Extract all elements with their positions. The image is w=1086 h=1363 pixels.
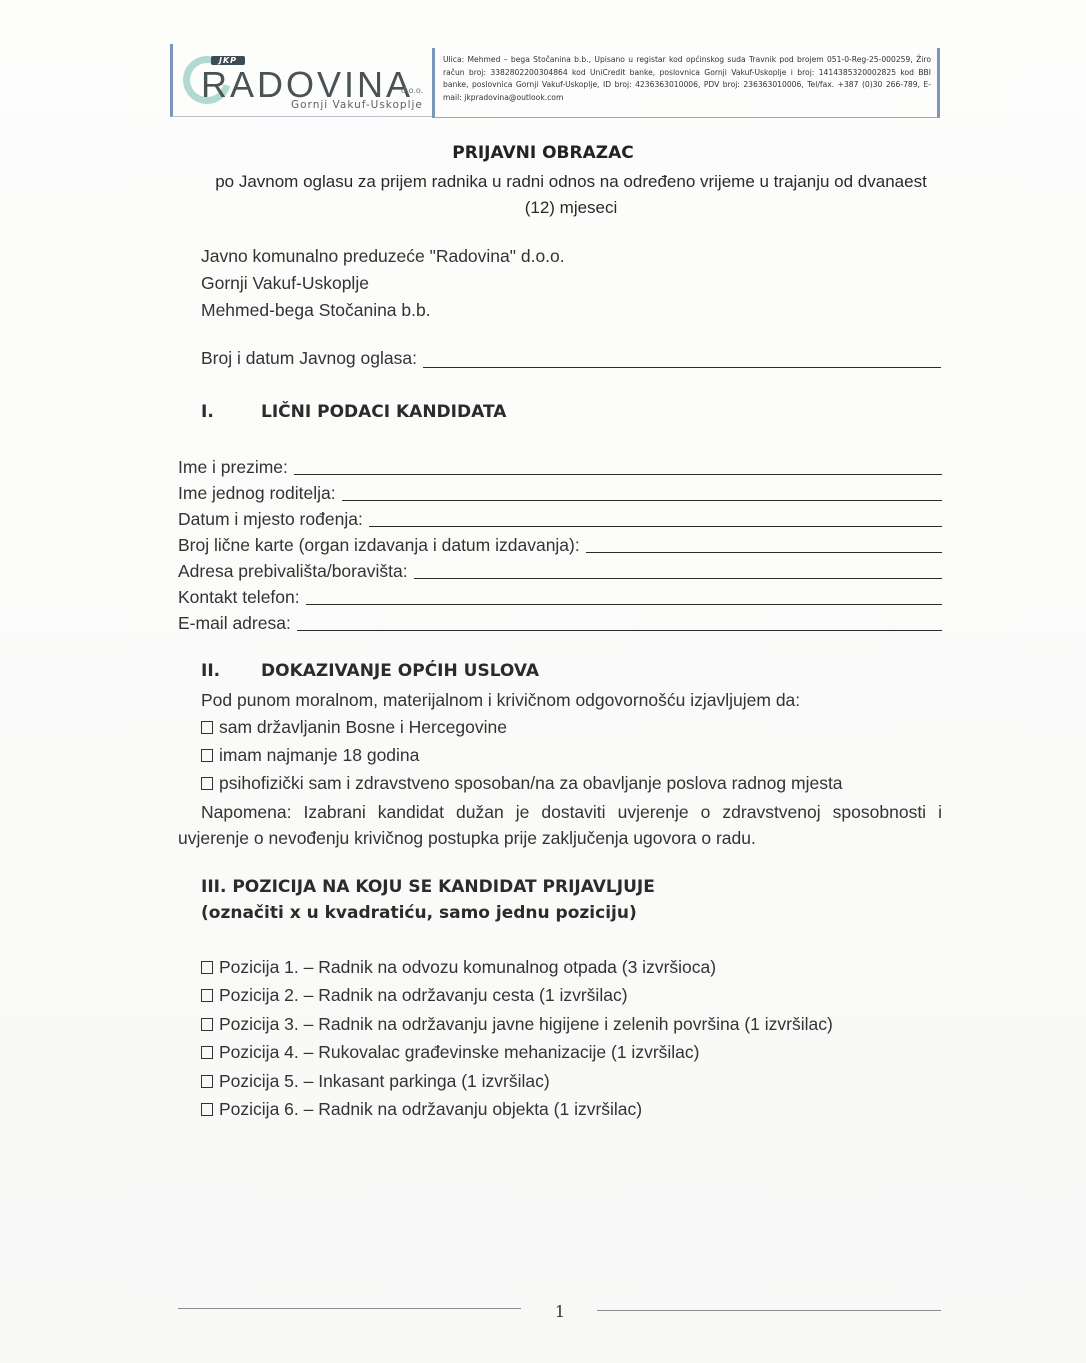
position-list: Pozicija 1. – Radnik na odvozu komunalno… bbox=[201, 953, 833, 1124]
field-label: Datum i mjesto rođenja: bbox=[178, 509, 363, 530]
address-input[interactable] bbox=[414, 578, 942, 579]
position-label: Pozicija 6. – Radnik na održavanju objek… bbox=[219, 1099, 642, 1120]
checkbox-position-1[interactable] bbox=[201, 961, 213, 974]
phone-input[interactable] bbox=[306, 604, 942, 605]
full-name-input[interactable] bbox=[294, 474, 942, 475]
address-line: Gornji Vakuf-Uskoplje bbox=[201, 270, 565, 297]
checkbox-label: psihofizički sam i zdravstveno sposoban/… bbox=[219, 769, 843, 797]
email-input[interactable] bbox=[297, 630, 942, 631]
section-2-title: DOKAZIVANJE OPĆIH USLOVA bbox=[261, 661, 539, 681]
field-email: E-mail adresa: bbox=[178, 608, 942, 634]
company-info-text: Ulica: Mehmed – bega Stočanina b.b., Upi… bbox=[443, 54, 931, 104]
form-title: PRIJAVNI OBRAZAC bbox=[0, 143, 1086, 163]
id-card-input[interactable] bbox=[586, 552, 942, 553]
field-parent-name: Ime jednog roditelja: bbox=[178, 478, 942, 504]
checkbox-position-3[interactable] bbox=[201, 1018, 213, 1031]
checkbox-citizenship[interactable] bbox=[201, 721, 213, 734]
personal-data-fields: Ime i prezime: Ime jednog roditelja: Dat… bbox=[178, 452, 942, 634]
position-label: Pozicija 2. – Radnik na održavanju cesta… bbox=[219, 985, 628, 1006]
field-birth-date-place: Datum i mjesto rođenja: bbox=[178, 504, 942, 530]
field-label: E-mail adresa: bbox=[178, 613, 291, 634]
recipient-address: Javno komunalno preduzeće "Radovina" d.o… bbox=[201, 243, 565, 324]
logo-city: Gornji Vakuf-Uskoplje bbox=[291, 99, 423, 111]
birth-date-place-input[interactable] bbox=[369, 526, 942, 527]
position-item: Pozicija 1. – Radnik na odvozu komunalno… bbox=[201, 953, 833, 982]
note-text: Napomena: Izabrani kandidat dužan je dos… bbox=[178, 799, 942, 851]
position-label: Pozicija 1. – Radnik na odvozu komunalno… bbox=[219, 957, 716, 978]
company-info-box: Ulica: Mehmed – bega Stočanina b.b., Upi… bbox=[432, 48, 940, 118]
position-item: Pozicija 2. – Radnik na održavanju cesta… bbox=[201, 982, 833, 1011]
section-1-title: LIČNI PODACI KANDIDATA bbox=[261, 402, 506, 422]
page-number: 1 bbox=[540, 1302, 580, 1321]
section-2-number: II. bbox=[201, 661, 261, 681]
field-label: Ime i prezime: bbox=[178, 457, 288, 478]
field-label: Ime jednog roditelja: bbox=[178, 483, 336, 504]
ad-number-field: Broj i datum Javnog oglasa: bbox=[201, 347, 941, 369]
position-item: Pozicija 4. – Rukovalac građevinske meha… bbox=[201, 1039, 833, 1068]
section-1-number: I. bbox=[201, 402, 261, 422]
checkbox-label: imam najmanje 18 godina bbox=[219, 741, 419, 769]
address-line: Javno komunalno preduzeće "Radovina" d.o… bbox=[201, 243, 565, 270]
footer-rule-right bbox=[597, 1310, 941, 1311]
field-id-card: Broj lične karte (organ izdavanja i datu… bbox=[178, 530, 942, 556]
document-page: JKP RADOVINA d.o.o. Gornji Vakuf-Uskoplj… bbox=[0, 0, 1086, 1363]
checkbox-position-2[interactable] bbox=[201, 989, 213, 1002]
checkbox-age[interactable] bbox=[201, 749, 213, 762]
section-1-heading: I.LIČNI PODACI KANDIDATA bbox=[201, 402, 506, 422]
position-item: Pozicija 3. – Radnik na održavanju javne… bbox=[201, 1010, 833, 1039]
declaration-intro: Pod punom moralnom, materijalnom i krivi… bbox=[178, 687, 942, 713]
parent-name-input[interactable] bbox=[342, 500, 942, 501]
logo-suffix: d.o.o. bbox=[401, 86, 423, 95]
ad-number-input[interactable] bbox=[423, 347, 941, 368]
section-3-instruction: (označiti x u kvadratiću, samo jednu poz… bbox=[201, 903, 637, 923]
checkbox-label: sam državljanin Bosne i Hercegovine bbox=[219, 713, 507, 741]
position-item: Pozicija 6. – Radnik na održavanju objek… bbox=[201, 1096, 833, 1125]
position-label: Pozicija 3. – Radnik na održavanju javne… bbox=[219, 1014, 833, 1035]
checkbox-position-4[interactable] bbox=[201, 1046, 213, 1059]
field-label: Broj lične karte (organ izdavanja i datu… bbox=[178, 535, 580, 556]
checkbox-position-5[interactable] bbox=[201, 1075, 213, 1088]
checkbox-position-6[interactable] bbox=[201, 1103, 213, 1116]
field-label: Kontakt telefon: bbox=[178, 587, 300, 608]
condition-health: psihofizički sam i zdravstveno sposoban/… bbox=[178, 769, 942, 797]
position-label: Pozicija 4. – Rukovalac građevinske meha… bbox=[219, 1042, 699, 1063]
footer-rule-left bbox=[178, 1308, 521, 1309]
position-item: Pozicija 5. – Inkasant parkinga (1 izvrš… bbox=[201, 1067, 833, 1096]
condition-citizenship: sam državljanin Bosne i Hercegovine bbox=[178, 713, 942, 741]
general-conditions: Pod punom moralnom, materijalnom i krivi… bbox=[178, 687, 942, 851]
field-full-name: Ime i prezime: bbox=[178, 452, 942, 478]
field-address: Adresa prebivališta/boravišta: bbox=[178, 556, 942, 582]
field-label: Adresa prebivališta/boravišta: bbox=[178, 561, 408, 582]
checkbox-health[interactable] bbox=[201, 777, 213, 790]
address-line: Mehmed-bega Stočanina b.b. bbox=[201, 297, 565, 324]
section-3-heading: III. POZICIJA NA KOJU SE KANDIDAT PRIJAV… bbox=[201, 877, 655, 897]
section-2-heading: II.DOKAZIVANJE OPĆIH USLOVA bbox=[201, 661, 539, 681]
company-logo: JKP RADOVINA d.o.o. Gornji Vakuf-Uskoplj… bbox=[170, 44, 435, 117]
condition-age: imam najmanje 18 godina bbox=[178, 741, 942, 769]
position-label: Pozicija 5. – Inkasant parkinga (1 izvrš… bbox=[219, 1071, 550, 1092]
field-phone: Kontakt telefon: bbox=[178, 582, 942, 608]
form-subtitle: po Javnom oglasu za prijem radnika u rad… bbox=[210, 169, 932, 221]
ad-number-label: Broj i datum Javnog oglasa: bbox=[201, 348, 417, 369]
